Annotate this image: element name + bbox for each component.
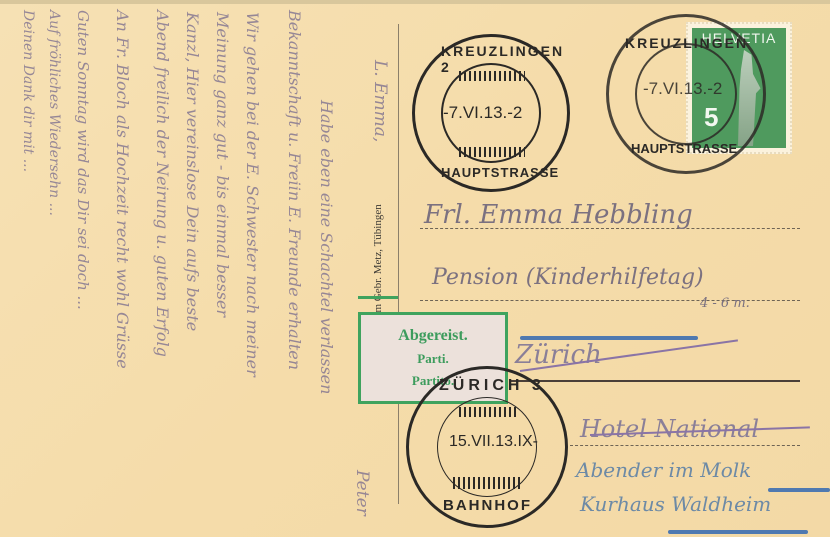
message-line: An Fr. Bloch als Hochzeit recht wohl Grü… — [113, 10, 132, 369]
message-line: Wir gehen bei der E. Schwester nach mein… — [243, 12, 262, 377]
postmark-hatching — [453, 477, 523, 489]
postmark-bottom-text: HAUPTSTRASSE — [441, 165, 559, 180]
recipient-note: 4 - 6 m. — [700, 296, 750, 311]
postmark-date: -7.VI.13.-2 — [443, 103, 522, 123]
blue-underline — [668, 530, 808, 534]
message-line: L. Emma, — [370, 60, 390, 142]
label-line-french: Parti. — [361, 351, 505, 367]
message-line: Meinung ganz gut - bis einmal besser — [213, 12, 232, 317]
recipient-name: Frl. Emma Hebbling — [424, 200, 693, 230]
address-rule — [510, 380, 800, 382]
message-line: Deinen Dank dir mit ... — [20, 10, 36, 172]
address-rule — [570, 445, 800, 446]
postmark-top-text: KREUZLINGEN — [625, 35, 748, 51]
kreuzlingen-postmark-on-stamp: -7.VI.13.-2 KREUZLINGEN HAUPTSTRASSE — [606, 14, 766, 174]
postmark-hatching — [459, 147, 525, 157]
forwarding-line-2: Kurhaus Waldheim — [580, 492, 771, 516]
postmark-top-text: KREUZLINGEN 2 — [441, 43, 567, 75]
zurich-postmark: 15.VII.13.IX- ZÜRICH 3 BAHNHOF — [406, 366, 568, 528]
message-line: Kanzl, Hier vereinslose Dein aufs beste — [183, 12, 202, 331]
label-line-german: Abgereist. — [361, 327, 505, 345]
postmark-date: 15.VII.13.IX- — [449, 433, 538, 451]
postmark-date: -7.VI.13.-2 — [643, 79, 722, 99]
card-edge — [0, 0, 830, 4]
center-divider — [398, 24, 399, 504]
message-line: Guten Sonntag wird das Dir sei doch ... — [74, 10, 92, 310]
postmark-top-text: ZÜRICH 3 — [439, 377, 545, 395]
postmark-bottom-text: HAUPTSTRASSE — [631, 141, 737, 156]
message-line: Habe eben eine Schachtel verlassen — [317, 100, 336, 394]
blue-strike — [520, 336, 698, 340]
signature: Peter — [352, 470, 372, 516]
publisher-imprint: um Gebr. Metz, Tübingen — [372, 204, 384, 318]
forwarding-line-1: Abender im Molk — [576, 458, 751, 482]
message-line: Abend freilich der Neirung u. guten Erfo… — [153, 10, 172, 357]
blue-underline — [768, 488, 830, 492]
recipient-street: Pension (Kinderhilfetag) — [432, 265, 704, 290]
postmark-hatching — [459, 407, 519, 417]
postmark-bottom-text: BAHNHOF — [443, 497, 532, 514]
message-line: Auf fröhliches Wiedersehn ... — [46, 10, 62, 216]
kreuzlingen-postmark: -7.VI.13.-2 KREUZLINGEN 2 HAUPTSTRASSE — [412, 34, 570, 192]
postcard-back: L. Emma, Habe eben eine Schachtel verlas… — [0, 0, 830, 537]
message-line: Bekanntschaft u. Freiin E. Freunde erhal… — [285, 10, 304, 370]
label-border-fragment — [358, 296, 398, 299]
